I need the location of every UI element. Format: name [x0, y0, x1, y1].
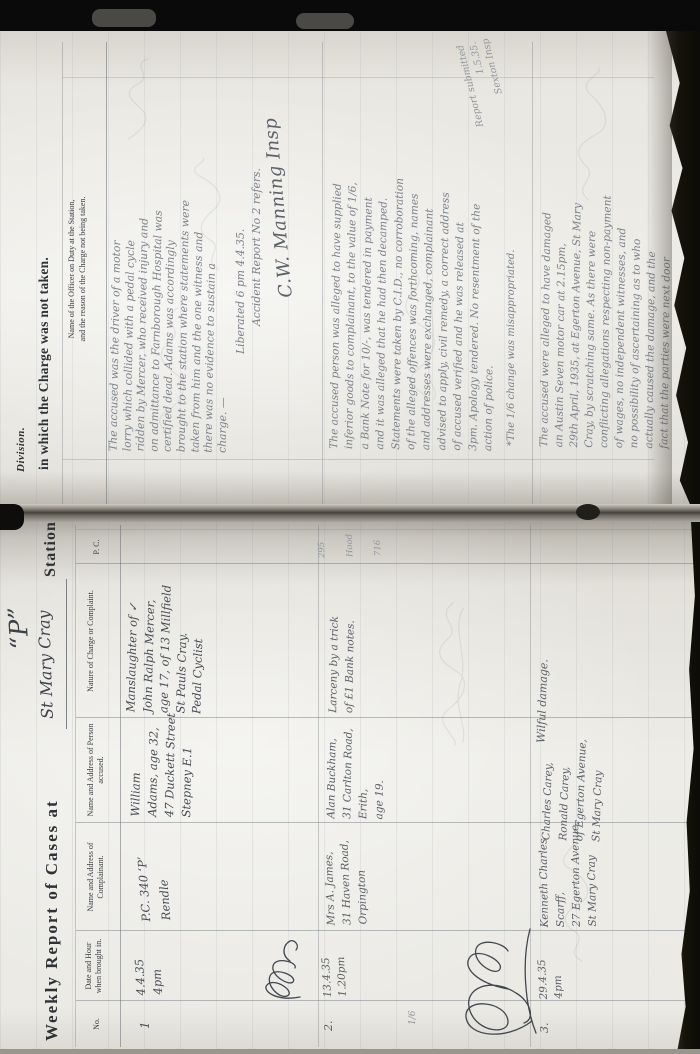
column-rule — [76, 1000, 700, 1001]
cell-date: 4.4.35 4pm — [131, 958, 167, 996]
row-divider — [532, 42, 533, 504]
binding-clip — [0, 504, 24, 530]
row-divider — [322, 42, 323, 504]
photo-background — [0, 0, 700, 31]
cell-charge: Wilful damage. — [535, 659, 551, 743]
torn-page-edge — [668, 522, 700, 1049]
colhead-complainant: Name and Address of Complainant. — [86, 827, 106, 927]
ink-flourish-monogram — [412, 923, 540, 1043]
division-letter-mark: “P” — [3, 606, 35, 650]
colhead-no: No. — [92, 1001, 102, 1047]
bleed-through-mark — [150, 304, 194, 444]
division-label: Division. — [15, 427, 27, 472]
footnote: *The 1/6 change was misappropriated. — [506, 250, 517, 447]
ledger-photo: “P” Weekly Report of Cases at St Mary Cr… — [0, 0, 700, 1054]
cell-date: 13.4.35 1.20pm — [319, 956, 351, 998]
colhead-pc: P. C. — [92, 532, 102, 562]
station-name-handwritten: St Mary Cray — [34, 610, 57, 719]
cell-accused: William Adams, age 32, 47 Duckett Street… — [127, 712, 197, 817]
page-stack-edge — [0, 1049, 700, 1054]
cell-accused: Charles Carey, Ronald Carey, of Egerton … — [538, 738, 608, 842]
header-bottom-rule — [120, 525, 121, 1047]
page-title-prefix: Weekly Report of Cases at — [42, 799, 62, 1041]
background-blotch — [296, 13, 354, 29]
cell-charge: Larceny by a trick of £1 Bank notes. — [325, 616, 359, 713]
page-title-continuation: in which the Charge was not taken. — [36, 257, 52, 470]
page-title-suffix: Station, — [42, 516, 60, 577]
bleed-through-mark — [556, 835, 596, 965]
cell-charge: Manslaughter of ✓ John Ralph Mercer, age… — [122, 584, 208, 714]
column-rule — [62, 459, 654, 460]
ink-flourish-initials — [256, 933, 308, 1005]
colhead-officer: Name of the Officer on Duty at the Stati… — [66, 84, 88, 454]
colhead-date: Date and Hour when brought in. — [84, 933, 104, 999]
page-edge-shadow — [646, 31, 672, 504]
open-ledger-book: “P” Weekly Report of Cases at St Mary Cr… — [0, 0, 700, 1054]
column-rule — [76, 563, 700, 564]
liberated-note: Liberated 6 pm 4.4.35. — [234, 229, 247, 354]
column-rule — [76, 930, 700, 931]
cell-accused: Alan Buckham, 31 Carlton Road, Erith, ag… — [323, 728, 389, 820]
header-top-rule — [75, 525, 76, 1047]
cell-pc-pencil: 295 Hood 716 — [308, 532, 393, 558]
background-blotch — [92, 9, 156, 27]
cell-complainant: P.C. 340 ‘P’ Rendle — [132, 854, 176, 922]
header-top-rule — [62, 42, 63, 504]
colhead-charge: Nature of Charge or Complaint. — [86, 568, 96, 714]
cell-no: 2. — [322, 1021, 335, 1032]
colhead-accused: Name and Address of Person accused. — [86, 721, 106, 819]
report-page: “P” Weekly Report of Cases at St Mary Cr… — [0, 522, 700, 1049]
spine-ink-blot — [576, 504, 600, 520]
officer-page: Division. in which the Charge was not ta… — [0, 31, 700, 504]
cell-no: 1 — [138, 1021, 152, 1029]
cell-complainant: Mrs A. James, 31 Haven Road, Orpington — [321, 839, 372, 926]
column-rule — [76, 822, 700, 823]
accident-note: Accident Report No 2 refers. — [250, 168, 263, 326]
bleed-through-mark — [425, 598, 479, 751]
inspector-signature: C.W. Manning Insp — [260, 117, 297, 299]
column-rule — [76, 529, 700, 530]
